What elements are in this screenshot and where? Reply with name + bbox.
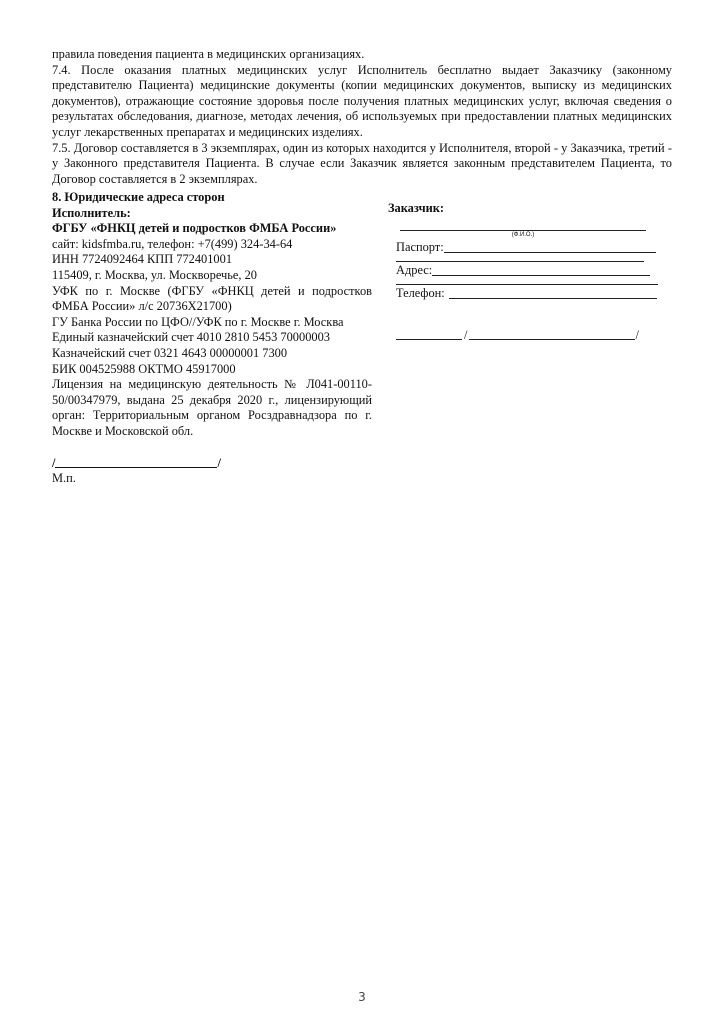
signature-blank-short bbox=[396, 339, 462, 340]
fio-caption: (Ф.И.О.) bbox=[388, 231, 658, 239]
executor-address: 115409, г. Москва, ул. Москворечье, 20 bbox=[52, 268, 372, 284]
signature-separator: / bbox=[464, 328, 467, 344]
contract-body-text: правила поведения пациента в медицинских… bbox=[52, 47, 672, 187]
address-blank bbox=[432, 275, 650, 276]
customer-block: Заказчик: (Ф.И.О.) Паспорт: Адрес: Телеф… bbox=[388, 201, 678, 343]
signature-end: / bbox=[635, 328, 638, 344]
stamp-label: М.п. bbox=[52, 471, 372, 487]
clause-7-5: 7.5. Договор составляется в 3 экземпляра… bbox=[52, 141, 672, 188]
paragraph-tail: правила поведения пациента в медицинских… bbox=[52, 47, 672, 63]
executor-license: Лицензия на медицинскую деятельность № Л… bbox=[52, 377, 372, 439]
phone-blank bbox=[449, 298, 657, 299]
executor-treasury-account: Казначейский счет 0321 4643 00000001 730… bbox=[52, 346, 372, 362]
section-heading: 8. Юридические адреса сторон bbox=[52, 190, 372, 206]
executor-ufk: УФК по г. Москве (ФГБУ «ФНКЦ детей и под… bbox=[52, 284, 372, 315]
executor-block: 8. Юридические адреса сторон Исполнитель… bbox=[52, 190, 372, 487]
executor-bank: ГУ Банка России по ЦФО//УФК по г. Москве… bbox=[52, 315, 372, 331]
customer-signature-line: / / bbox=[396, 328, 678, 344]
clause-7-4: 7.4. После оказания платных медицинских … bbox=[52, 63, 672, 141]
signature-blank bbox=[55, 467, 217, 468]
phone-label: Телефон: bbox=[396, 286, 445, 302]
executor-inn-kpp: ИНН 7724092464 КПП 772401001 bbox=[52, 252, 372, 268]
customer-label: Заказчик: bbox=[388, 201, 678, 217]
executor-signature-line: / / bbox=[52, 456, 372, 472]
page-number: 3 bbox=[0, 990, 724, 1004]
address-field: Адрес: bbox=[396, 262, 678, 279]
executor-bik-oktmo: БИК 004525988 ОКТМО 45917000 bbox=[52, 362, 372, 378]
executor-contacts: сайт: kidsfmba.ru, телефон: +7(499) 324-… bbox=[52, 237, 372, 253]
signature-slash-right: / bbox=[217, 456, 220, 472]
passport-field: Паспорт: bbox=[396, 239, 678, 256]
phone-field: Телефон: bbox=[396, 285, 678, 302]
executor-single-account: Единый казначейский счет 4010 2810 5453 … bbox=[52, 330, 372, 346]
signature-slash-left: / bbox=[52, 456, 55, 472]
executor-org-name: ФГБУ «ФНКЦ детей и подростков ФМБА Росси… bbox=[52, 221, 372, 237]
address-label: Адрес: bbox=[396, 263, 432, 279]
passport-label: Паспорт: bbox=[396, 240, 444, 256]
signature-blank-long bbox=[469, 339, 635, 340]
executor-label: Исполнитель: bbox=[52, 206, 372, 222]
passport-blank bbox=[444, 252, 656, 253]
